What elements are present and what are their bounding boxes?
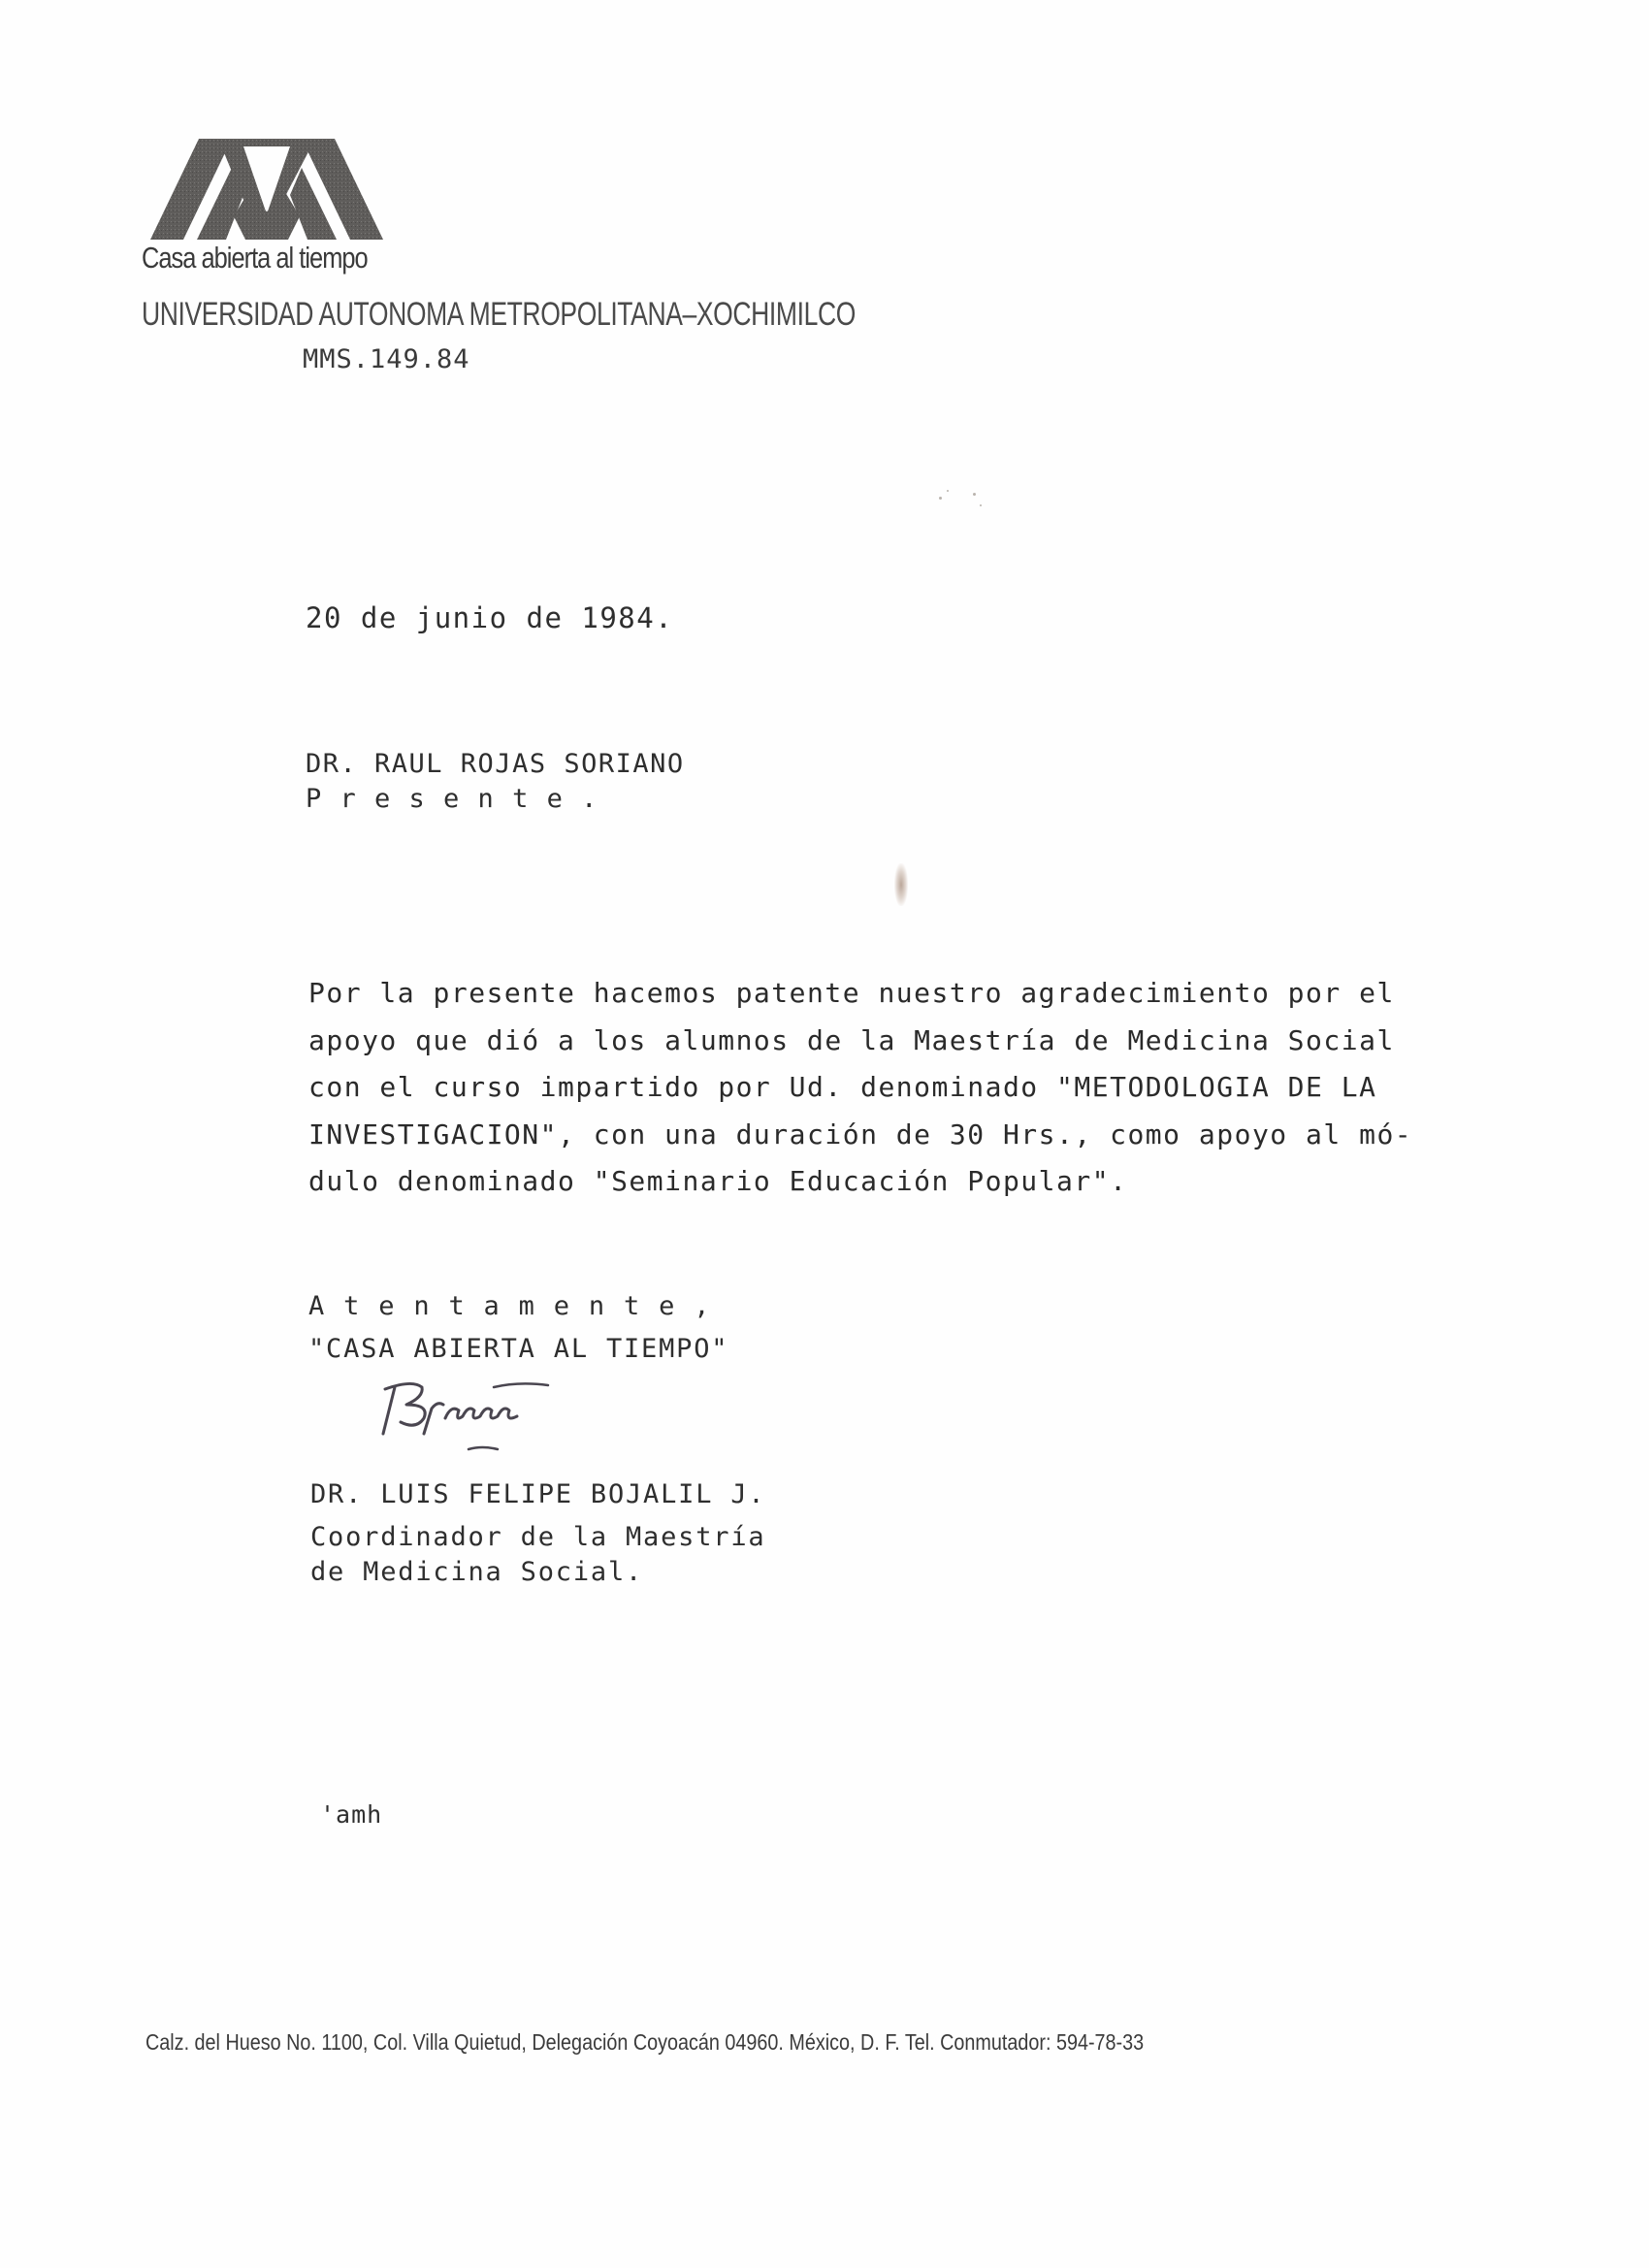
letter-body: Por la presente hacemos patente nuestro … [308,970,1412,1206]
recipient-block: DR. RAUL ROJAS SORIANO P r e s e n t e . [306,747,685,817]
valediction: A t e n t a m e n t e , [308,1291,711,1321]
letter-page: Casa abierta al tiempo UNIVERSIDAD AUTON… [0,0,1649,2268]
signer-title: Coordinador de la Maestría [310,1522,765,1552]
body-line: apoyo que dió a los alumnos de la Maestr… [308,1024,1395,1056]
body-line: INVESTIGACION", con una duración de 30 H… [308,1118,1412,1150]
recipient-name: DR. RAUL ROJAS SORIANO [306,749,685,779]
handwritten-signature-icon [373,1376,577,1455]
signer-block: DR. LUIS FELIPE BOJALIL J.Coordinador de… [310,1477,765,1590]
paper-stain [894,863,908,906]
closing-block: A t e n t a m e n t e , "CASA ABIERTA AL… [308,1285,728,1371]
reference-number: MMS.149.84 [303,344,470,374]
typist-initials: 'amh [320,1800,382,1829]
recipient-salutation: P r e s e n t e . [306,784,598,814]
scan-speck [939,497,942,500]
signer-title: de Medicina Social. [310,1557,643,1587]
scan-speck [973,493,976,496]
footer-address: Calz. del Hueso No. 1100, Col. Villa Qui… [145,2029,1144,2056]
signer-name: DR. LUIS FELIPE BOJALIL J. [310,1477,765,1512]
letter-date: 20 de junio de 1984. [306,601,673,634]
closing-motto: "CASA ABIERTA AL TIEMPO" [308,1334,728,1364]
university-name: UNIVERSIDAD AUTONOMA METROPOLITANA–XOCHI… [142,296,856,334]
scan-speck [980,504,982,506]
body-line: con el curso impartido por Ud. denominad… [308,1071,1376,1103]
body-line: dulo denominado "Seminario Educación Pop… [308,1165,1127,1197]
scan-speck [947,490,949,492]
body-line: Por la presente hacemos patente nuestro … [308,977,1395,1009]
letterhead-motto: Casa abierta al tiempo [142,241,368,275]
uam-logo-icon [150,139,383,240]
